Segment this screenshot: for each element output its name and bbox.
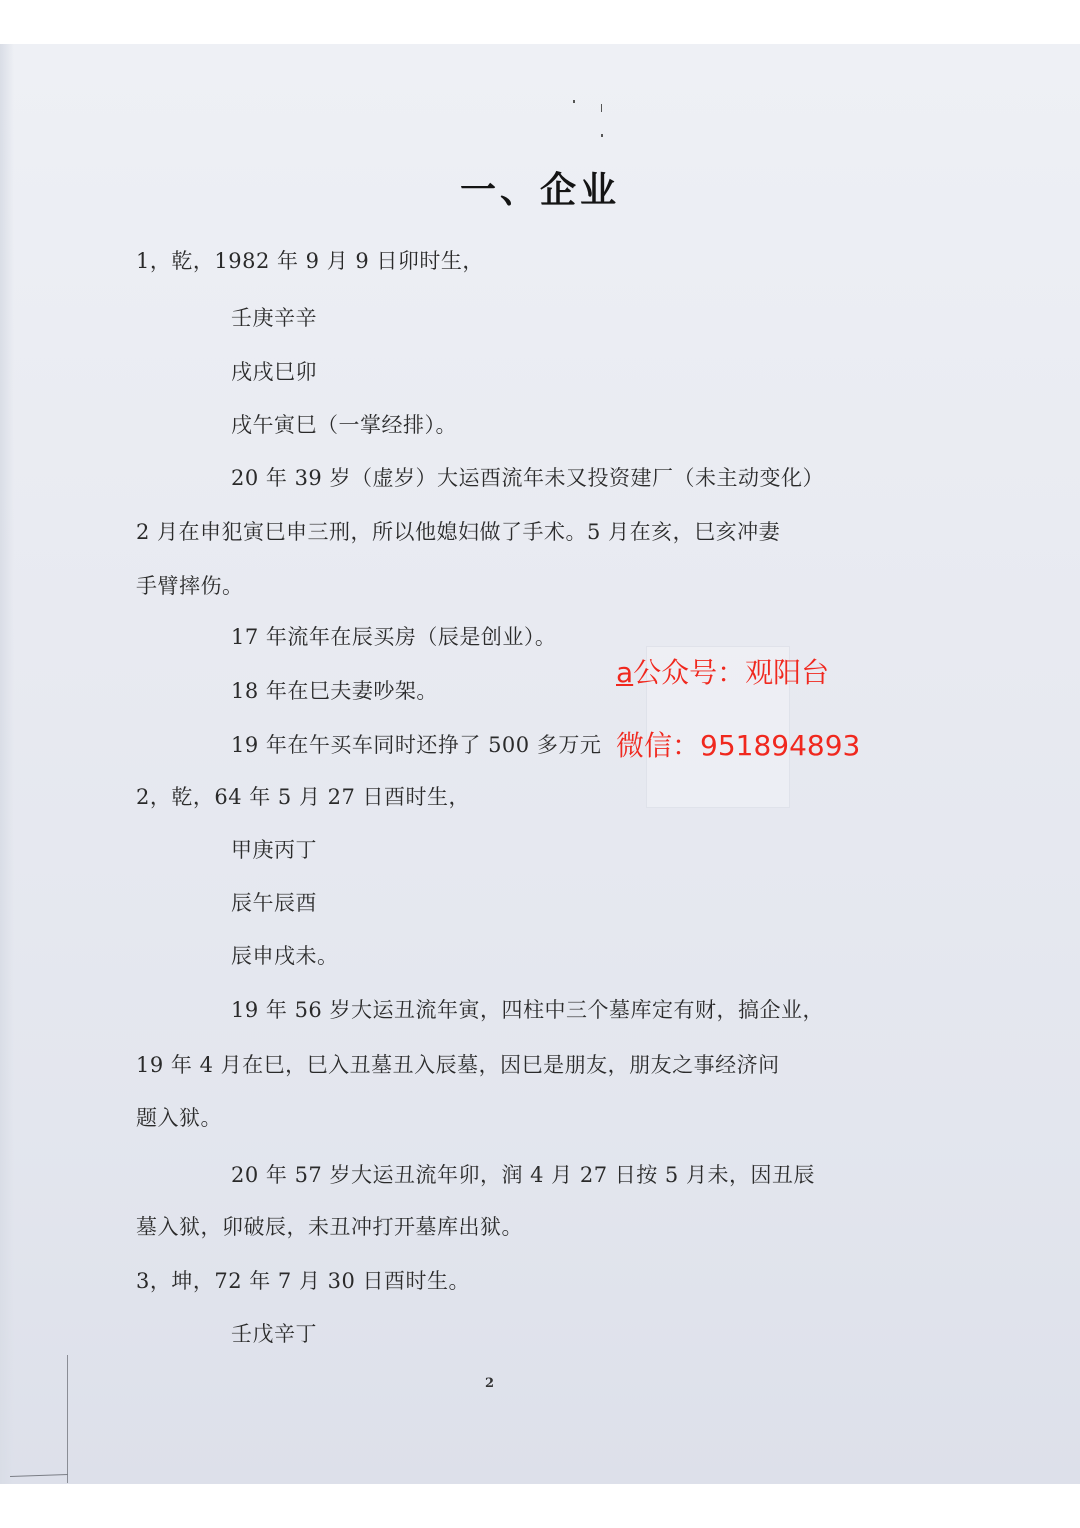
case-1-paragraph: 手臂摔伤。	[136, 572, 244, 600]
case-2-pillar-year: 甲庚丙丁	[231, 836, 317, 864]
case-2-pillar-hour: 辰申戌未。	[231, 942, 339, 970]
case-2-paragraph: 20 年 57 岁大运丑流年卯，润 4 月 27 日按 5 月未，因丑辰	[231, 1161, 815, 1189]
case-2-paragraph: 19 年 4 月在巳，巳入丑墓丑入辰墓，因巳是朋友，朋友之事经济问	[136, 1051, 780, 1079]
scan-speck	[601, 134, 603, 137]
case-1-paragraph: 19 年在午买车同时还挣了 500 多万元	[231, 731, 601, 759]
case-1-pillar-note: 戌午寅巳（一掌经排）。	[231, 411, 457, 439]
scan-speck	[601, 104, 602, 112]
case-1-paragraph: 18 年在巳夫妻吵架。	[231, 677, 438, 705]
case-2-paragraph: 墓入狱，卯破辰，未丑冲打开墓库出狱。	[136, 1213, 523, 1241]
case-1-paragraph: 2 月在申犯寅巳申三刑，所以他媳妇做了手术。5 月在亥，巳亥冲妻	[136, 518, 780, 546]
case-1-pillar-branch: 戌戌巳卯	[231, 358, 317, 386]
case-1-header: 1，乾，1982 年 9 月 9 日卯时生，	[136, 247, 484, 275]
margin-line	[67, 1355, 68, 1483]
page-edge-shadow	[0, 44, 14, 1484]
page-title: 一、企业	[0, 162, 1080, 213]
case-2-header: 2，乾，64 年 5 月 27 日酉时生，	[136, 783, 470, 811]
page-number: 2	[485, 1376, 494, 1391]
case-3-pillar-year: 壬戊辛丁	[231, 1320, 317, 1348]
watermark-account-text: 公众号：观阳台	[633, 656, 829, 689]
case-1-paragraph: 20 年 39 岁（虚岁）大运酉流年未又投资建厂（未主动变化）	[231, 464, 824, 492]
case-2-paragraph: 题入狱。	[136, 1104, 222, 1132]
case-2-paragraph: 19 年 56 岁大运丑流年寅，四柱中三个墓库定有财，搞企业，	[231, 996, 824, 1024]
scan-speck	[573, 100, 575, 103]
case-1-paragraph: 17 年流年在辰买房（辰是创业）。	[231, 623, 556, 651]
watermark-wechat: 微信：951894893	[616, 729, 860, 763]
case-1-pillar-year: 壬庚辛辛	[231, 304, 317, 332]
watermark-public-account: a公众号：观阳台	[616, 656, 829, 690]
watermark-prefix: a	[616, 656, 633, 689]
case-3-header: 3，坤，72 年 7 月 30 日酉时生。	[136, 1267, 470, 1295]
case-2-pillar-branch: 辰午辰酉	[231, 889, 317, 917]
